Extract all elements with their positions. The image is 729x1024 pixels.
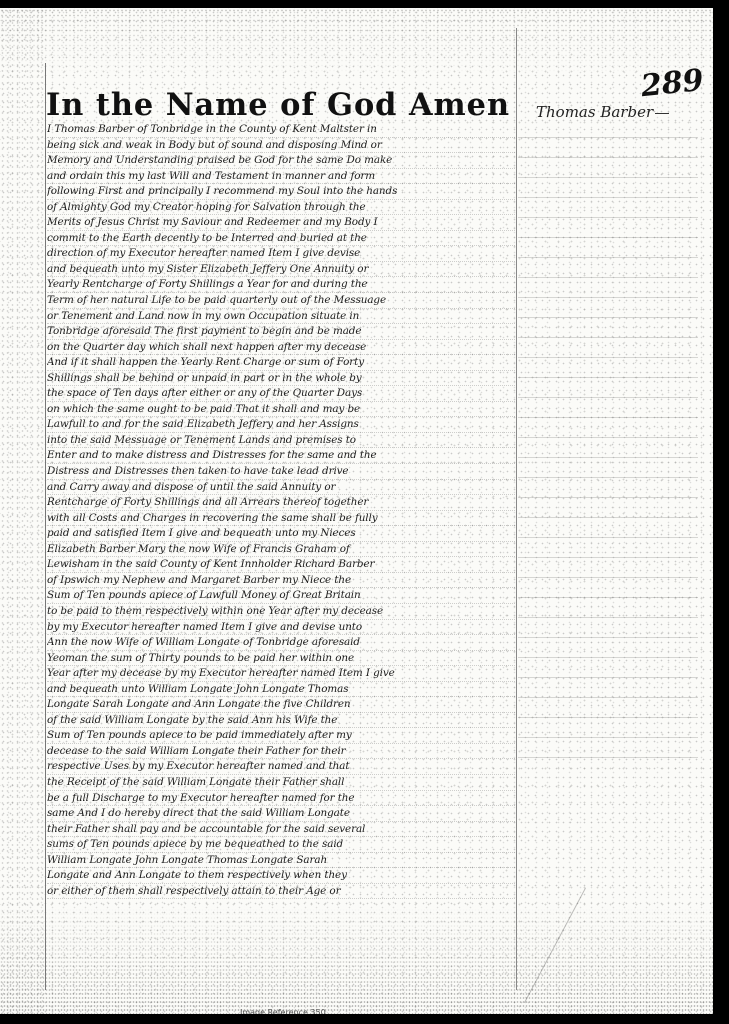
text-line: or Tenement and Land now in my own Occup… [47,309,515,325]
text-line: and bequeath unto my Sister Elizabeth Je… [47,262,515,278]
text-line: Tonbridge aforesaid The first payment to… [47,324,515,340]
text-line: Lawfull to and for the said Elizabeth Je… [47,417,515,433]
text-line: Term of her natural Life to be paid quar… [47,293,515,309]
text-line: of Almighty God my Creator hoping for Sa… [47,200,515,216]
text-line: by my Executor hereafter named Item I gi… [47,620,515,636]
scan-noise-bottom [0,904,713,1014]
text-line: their Father shall pay and be accountabl… [47,822,515,838]
text-line: same And I do hereby direct that the sai… [47,806,515,822]
text-line: sums of Ten pounds apiece by me bequeath… [47,837,515,853]
text-line: direction of my Executor hereafter named… [47,246,515,262]
text-line: and Carry away and dispose of until the … [47,480,515,496]
scan-noise-left [0,8,45,1014]
text-line: on which the same ought to be paid That … [47,402,515,418]
text-line: respective Uses by my Executor hereafter… [47,759,515,775]
text-line: Longate and Ann Longate to them respecti… [47,868,515,884]
right-margin-rule [516,28,517,990]
text-line: Yeoman the sum of Thirty pounds to be pa… [47,651,515,667]
text-line: to be paid to them respectively within o… [47,604,515,620]
text-line: Yearly Rentcharge of Forty Shillings a Y… [47,277,515,293]
text-line: Elizabeth Barber Mary the now Wife of Fr… [47,542,515,558]
text-line: and ordain this my last Will and Testame… [47,169,515,185]
text-line: Enter and to make distress and Distresse… [47,448,515,464]
document-page: 289 Thomas Barber In the Name of God Ame… [0,8,713,1014]
text-line: Rentcharge of Forty Shillings and all Ar… [47,495,515,511]
scan-noise-top [0,8,713,78]
text-line: of Ipswich my Nephew and Margaret Barber… [47,573,515,589]
margin-ruling [518,118,698,758]
text-line: the space of Ten days after either or an… [47,386,515,402]
text-line: and bequeath unto William Longate John L… [47,682,515,698]
text-line: Memory and Understanding praised be God … [47,153,515,169]
text-line: of the said William Longate by the said … [47,713,515,729]
text-line: commit to the Earth decently to be Inter… [47,231,515,247]
image-reference-footer: Image Reference 350 [240,1008,326,1014]
text-line: paid and satisfied Item I give and beque… [47,526,515,542]
text-line: decease to the said William Longate thei… [47,744,515,760]
left-margin-rule [45,63,46,990]
text-line: Lewisham in the said County of Kent Innh… [47,557,515,573]
page-number: 289 [639,63,705,104]
margin-testator-name: Thomas Barber [536,103,669,121]
text-line: Sum of Ten pounds apiece to be paid imme… [47,728,515,744]
document-heading: In the Name of God Amen [46,88,509,122]
text-line: Sum of Ten pounds apiece of Lawfull Mone… [47,588,515,604]
text-line: or either of them shall respectively att… [47,884,515,900]
text-line: following First and principally I recomm… [47,184,515,200]
text-line: on the Quarter day which shall next happ… [47,340,515,356]
text-line: be a full Discharge to my Executor herea… [47,791,515,807]
paper-fold-line [524,888,586,1003]
text-line: Longate Sarah Longate and Ann Longate th… [47,697,515,713]
text-line: And if it shall happen the Yearly Rent C… [47,355,515,371]
text-line: with all Costs and Charges in recovering… [47,511,515,527]
text-line: I Thomas Barber of Tonbridge in the Coun… [47,122,515,138]
text-line: into the said Messuage or Tenement Lands… [47,433,515,449]
text-line: Merits of Jesus Christ my Saviour and Re… [47,215,515,231]
text-line: being sick and weak in Body but of sound… [47,138,515,154]
text-line: Ann the now Wife of William Longate of T… [47,635,515,651]
will-body-text: I Thomas Barber of Tonbridge in the Coun… [47,122,515,899]
text-line: William Longate John Longate Thomas Long… [47,853,515,869]
text-line: Shillings shall be behind or unpaid in p… [47,371,515,387]
text-line: Distress and Distresses then taken to ha… [47,464,515,480]
text-line: Year after my decease by my Executor her… [47,666,515,682]
text-line: the Receipt of the said William Longate … [47,775,515,791]
